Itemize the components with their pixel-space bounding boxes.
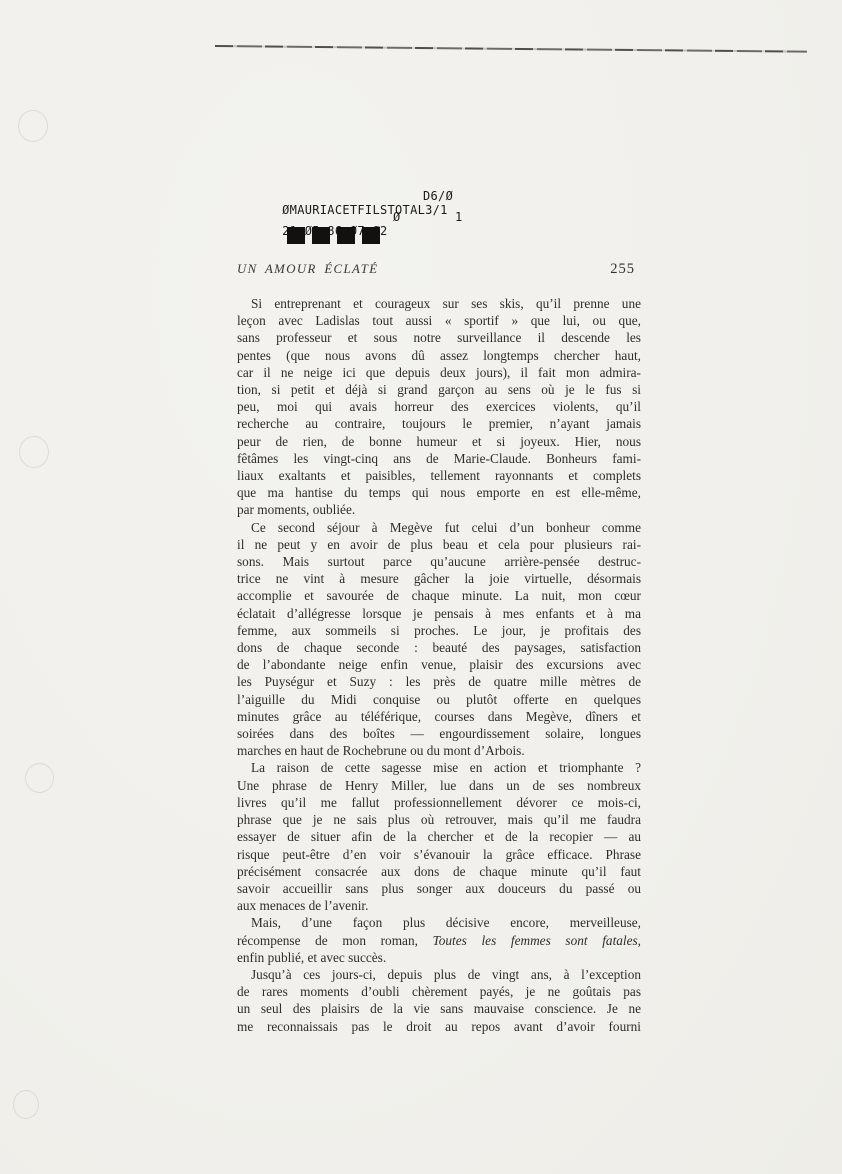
- text-segment: par moments, oubliée.: [237, 502, 355, 517]
- text-segment: savoir accueillir sans plus songer aux d…: [237, 881, 641, 896]
- punch-hole: [13, 1090, 39, 1119]
- typeset-code-d6: D6/Ø: [423, 189, 453, 203]
- text-segment: que ma hantise du temps qui nous emporte…: [237, 485, 641, 500]
- text-line: savoir accueillir sans plus songer aux d…: [237, 880, 641, 897]
- text-line: peu, moi qui avais horreur des exercices…: [237, 398, 641, 415]
- text-line: car il ne neige ici que depuis deux jour…: [237, 364, 641, 381]
- text-line: sans professeur et sous notre surveillan…: [237, 329, 641, 346]
- text-segment: car il ne neige ici que depuis deux jour…: [237, 365, 641, 380]
- text-segment: La raison de cette sagesse mise en actio…: [251, 760, 641, 775]
- text-line: aux menaces de l’avenir.: [237, 897, 641, 914]
- text-line: tion, si petit et déjà si grand garçon a…: [237, 381, 641, 398]
- text-segment: récompense de mon roman,: [237, 933, 433, 948]
- black-square: [312, 227, 330, 244]
- paragraph: La raison de cette sagesse mise en actio…: [237, 759, 641, 914]
- text-line: sons. Mais surtout parce qu’aucune arriè…: [237, 553, 641, 570]
- text-line: soirées dans des boîtes — engourdissemen…: [237, 725, 641, 742]
- scanned-book-page: ØMAURIACETFILSTOTAL3/1 D6/Ø 21.Ø5.86 Ø7:…: [0, 0, 842, 1174]
- text-segment: peu, moi qui avais horreur des exercices…: [237, 399, 641, 414]
- text-line: Ce second séjour à Megève fut celui d’un…: [237, 519, 641, 536]
- punch-hole: [18, 110, 48, 142]
- text-segment: leçon avec Ladislas tout aussi « sportif…: [237, 313, 641, 328]
- text-line: dons de chaque seconde : beauté des pays…: [237, 639, 641, 656]
- text-line: recherche au contraire, toujours le prem…: [237, 415, 641, 432]
- text-line: précisément consacrée aux dons de chaque…: [237, 863, 641, 880]
- text-segment: me reconnaissais pas le droit au repos a…: [237, 1019, 641, 1034]
- text-segment: risque peut-être d’en voir s’évanouir la…: [237, 847, 641, 862]
- text-line: Une phrase de Henry Miller, lue dans un …: [237, 777, 641, 794]
- text-segment: tion, si petit et déjà si grand garçon a…: [237, 382, 641, 397]
- text-line: marches en haut de Rochebrune ou du mont…: [237, 742, 641, 759]
- text-segment: Mais, d’une façon plus décisive encore, …: [251, 915, 641, 930]
- paragraph: Si entreprenant et courageux sur ses ski…: [237, 295, 641, 519]
- text-line: liaux exaltants et paisibles, tellement …: [237, 467, 641, 484]
- text-segment: Une phrase de Henry Miller, lue dans un …: [237, 778, 641, 793]
- text-line: que ma hantise du temps qui nous emporte…: [237, 484, 641, 501]
- text-segment: pentes (que nous avons dû assez longtemp…: [237, 348, 641, 363]
- book-title-italic: Toutes les femmes sont fatales,: [433, 933, 641, 948]
- text-segment: Ce second séjour à Megève fut celui d’un…: [251, 520, 641, 535]
- text-segment: phrase que je ne sais plus où retrouver,…: [237, 812, 641, 827]
- paragraph: Ce second séjour à Megève fut celui d’un…: [237, 519, 641, 760]
- text-line: les Puységur et Suzy : les près de quatr…: [237, 673, 641, 690]
- text-line: trice ne vint à mesure gâcher la joie vi…: [237, 570, 641, 587]
- text-segment: précisément consacrée aux dons de chaque…: [237, 864, 641, 879]
- text-segment: minutes grâce au téléférique, courses da…: [237, 709, 641, 724]
- text-line: il ne peut y en avoir de plus beau et ce…: [237, 536, 641, 553]
- text-line: femme, aux sommeils si proches. Le jour,…: [237, 622, 641, 639]
- text-segment: sons. Mais surtout parce qu’aucune arriè…: [237, 554, 641, 569]
- text-segment: recherche au contraire, toujours le prem…: [237, 416, 641, 431]
- registration-squares: [287, 227, 380, 244]
- text-segment: accomplie et savourée de chaque minute. …: [237, 588, 641, 603]
- text-segment: Jusqu’à ces jours-ci, depuis plus de vin…: [251, 967, 641, 982]
- text-segment: de rares moments d’oubli chèrement payés…: [237, 984, 641, 999]
- text-segment: livres qu’il me fallut professionnelleme…: [237, 795, 641, 810]
- running-header: UN AMOUR ÉCLATÉ 255: [237, 261, 641, 278]
- text-line: l’aiguille du Midi conquise ou plutôt of…: [237, 691, 641, 708]
- black-square: [362, 227, 380, 244]
- text-line: Si entreprenant et courageux sur ses ski…: [237, 295, 641, 312]
- text-line: minutes grâce au téléférique, courses da…: [237, 708, 641, 725]
- page-number: 255: [610, 261, 641, 278]
- text-segment: trice ne vint à mesure gâcher la joie vi…: [237, 571, 641, 586]
- black-square: [287, 227, 305, 244]
- typeset-one-flag: 1: [455, 210, 463, 224]
- text-segment: enfin publié, et avec succès.: [237, 950, 386, 965]
- text-segment: liaux exaltants et paisibles, tellement …: [237, 468, 641, 483]
- text-segment: un seul des plaisirs de la vie sans mauv…: [237, 1001, 641, 1016]
- text-segment: marches en haut de Rochebrune ou du mont…: [237, 743, 525, 758]
- text-segment: les Puységur et Suzy : les près de quatr…: [237, 674, 641, 689]
- text-segment: Si entreprenant et courageux sur ses ski…: [251, 296, 641, 311]
- text-segment: soirées dans des boîtes — engourdissemen…: [237, 726, 641, 741]
- punch-hole: [25, 763, 54, 793]
- top-rule-line: [215, 45, 807, 53]
- text-segment: fêtâmes les vingt-cinq ans de Marie-Clau…: [237, 451, 641, 466]
- text-segment: il ne peut y en avoir de plus beau et ce…: [237, 537, 641, 552]
- text-segment: éclatait d’allégresse lorsque je pensais…: [237, 606, 641, 621]
- text-line: de rares moments d’oubli chèrement payés…: [237, 983, 641, 1000]
- text-segment: peur de rien, de bonne humeur et si joye…: [237, 434, 641, 449]
- text-line: essayer de situer afin de la chercher et…: [237, 828, 641, 845]
- punch-hole: [19, 436, 49, 468]
- text-line: récompense de mon roman, Toutes les femm…: [237, 932, 641, 949]
- text-segment: femme, aux sommeils si proches. Le jour,…: [237, 623, 641, 638]
- paragraph: Mais, d’une façon plus décisive encore, …: [237, 914, 641, 966]
- text-line: phrase que je ne sais plus où retrouver,…: [237, 811, 641, 828]
- text-line: enfin publié, et avec succès.: [237, 949, 641, 966]
- text-segment: de l’abondante neige enfin venue, plaisi…: [237, 657, 641, 672]
- text-line: livres qu’il me fallut professionnelleme…: [237, 794, 641, 811]
- paragraph: Jusqu’à ces jours-ci, depuis plus de vin…: [237, 966, 641, 1035]
- text-line: peur de rien, de bonne humeur et si joye…: [237, 433, 641, 450]
- text-line: accomplie et savourée de chaque minute. …: [237, 587, 641, 604]
- text-segment: sans professeur et sous notre surveillan…: [237, 330, 641, 345]
- text-line: de l’abondante neige enfin venue, plaisi…: [237, 656, 641, 673]
- text-line: Mais, d’une façon plus décisive encore, …: [237, 914, 641, 931]
- text-line: éclatait d’allégresse lorsque je pensais…: [237, 605, 641, 622]
- text-line: pentes (que nous avons dû assez longtemp…: [237, 347, 641, 364]
- typeset-zero-flag: Ø: [393, 210, 401, 224]
- text-segment: aux menaces de l’avenir.: [237, 898, 368, 913]
- text-segment: l’aiguille du Midi conquise ou plutôt of…: [237, 692, 641, 707]
- text-segment: essayer de situer afin de la chercher et…: [237, 829, 641, 844]
- text-line: risque peut-être d’en voir s’évanouir la…: [237, 846, 641, 863]
- text-line: fêtâmes les vingt-cinq ans de Marie-Clau…: [237, 450, 641, 467]
- text-line: un seul des plaisirs de la vie sans mauv…: [237, 1000, 641, 1017]
- body-text: Si entreprenant et courageux sur ses ski…: [237, 295, 641, 1035]
- text-line: La raison de cette sagesse mise en actio…: [237, 759, 641, 776]
- text-line: leçon avec Ladislas tout aussi « sportif…: [237, 312, 641, 329]
- text-line: Jusqu’à ces jours-ci, depuis plus de vin…: [237, 966, 641, 983]
- text-line: me reconnaissais pas le droit au repos a…: [237, 1018, 641, 1035]
- black-square: [337, 227, 355, 244]
- typesetting-header: ØMAURIACETFILSTOTAL3/1 D6/Ø 21.Ø5.86 Ø7:…: [237, 189, 517, 251]
- chapter-title: UN AMOUR ÉCLATÉ: [237, 262, 378, 277]
- text-segment: dons de chaque seconde : beauté des pays…: [237, 640, 641, 655]
- text-line: par moments, oubliée.: [237, 501, 641, 518]
